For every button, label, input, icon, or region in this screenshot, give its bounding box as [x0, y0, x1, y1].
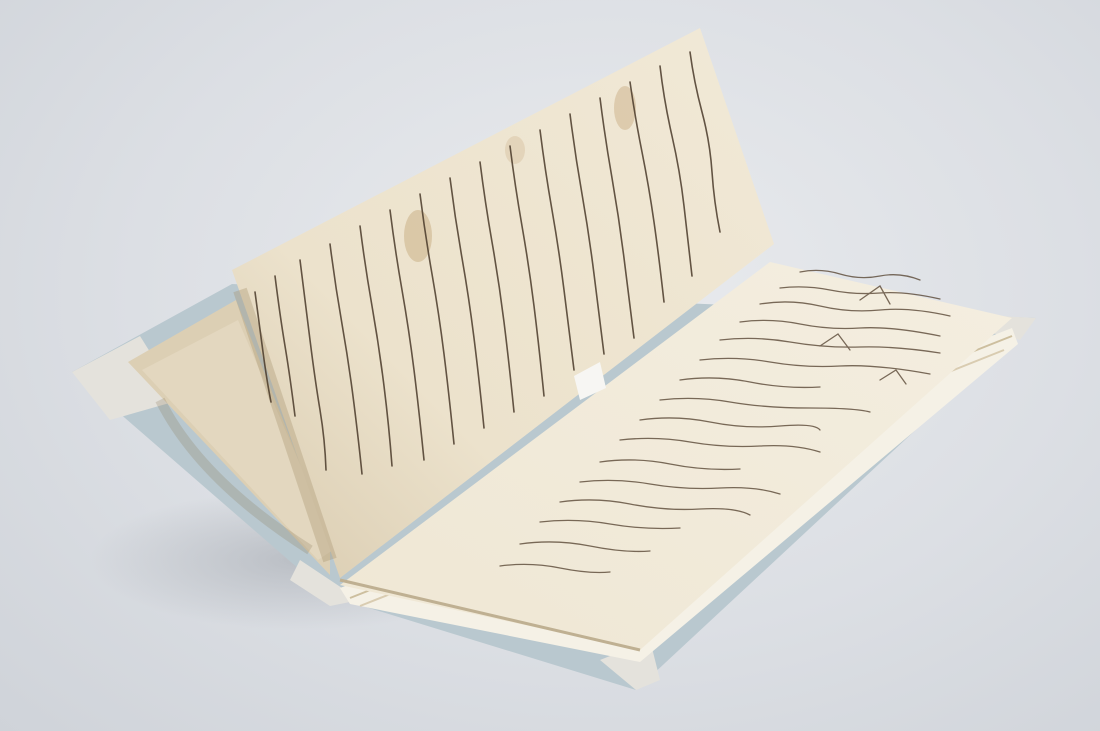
stain — [404, 210, 432, 262]
stain — [505, 136, 525, 164]
stain — [614, 86, 636, 130]
manuscript-photo — [0, 0, 1100, 731]
photo-scene — [0, 0, 1100, 731]
